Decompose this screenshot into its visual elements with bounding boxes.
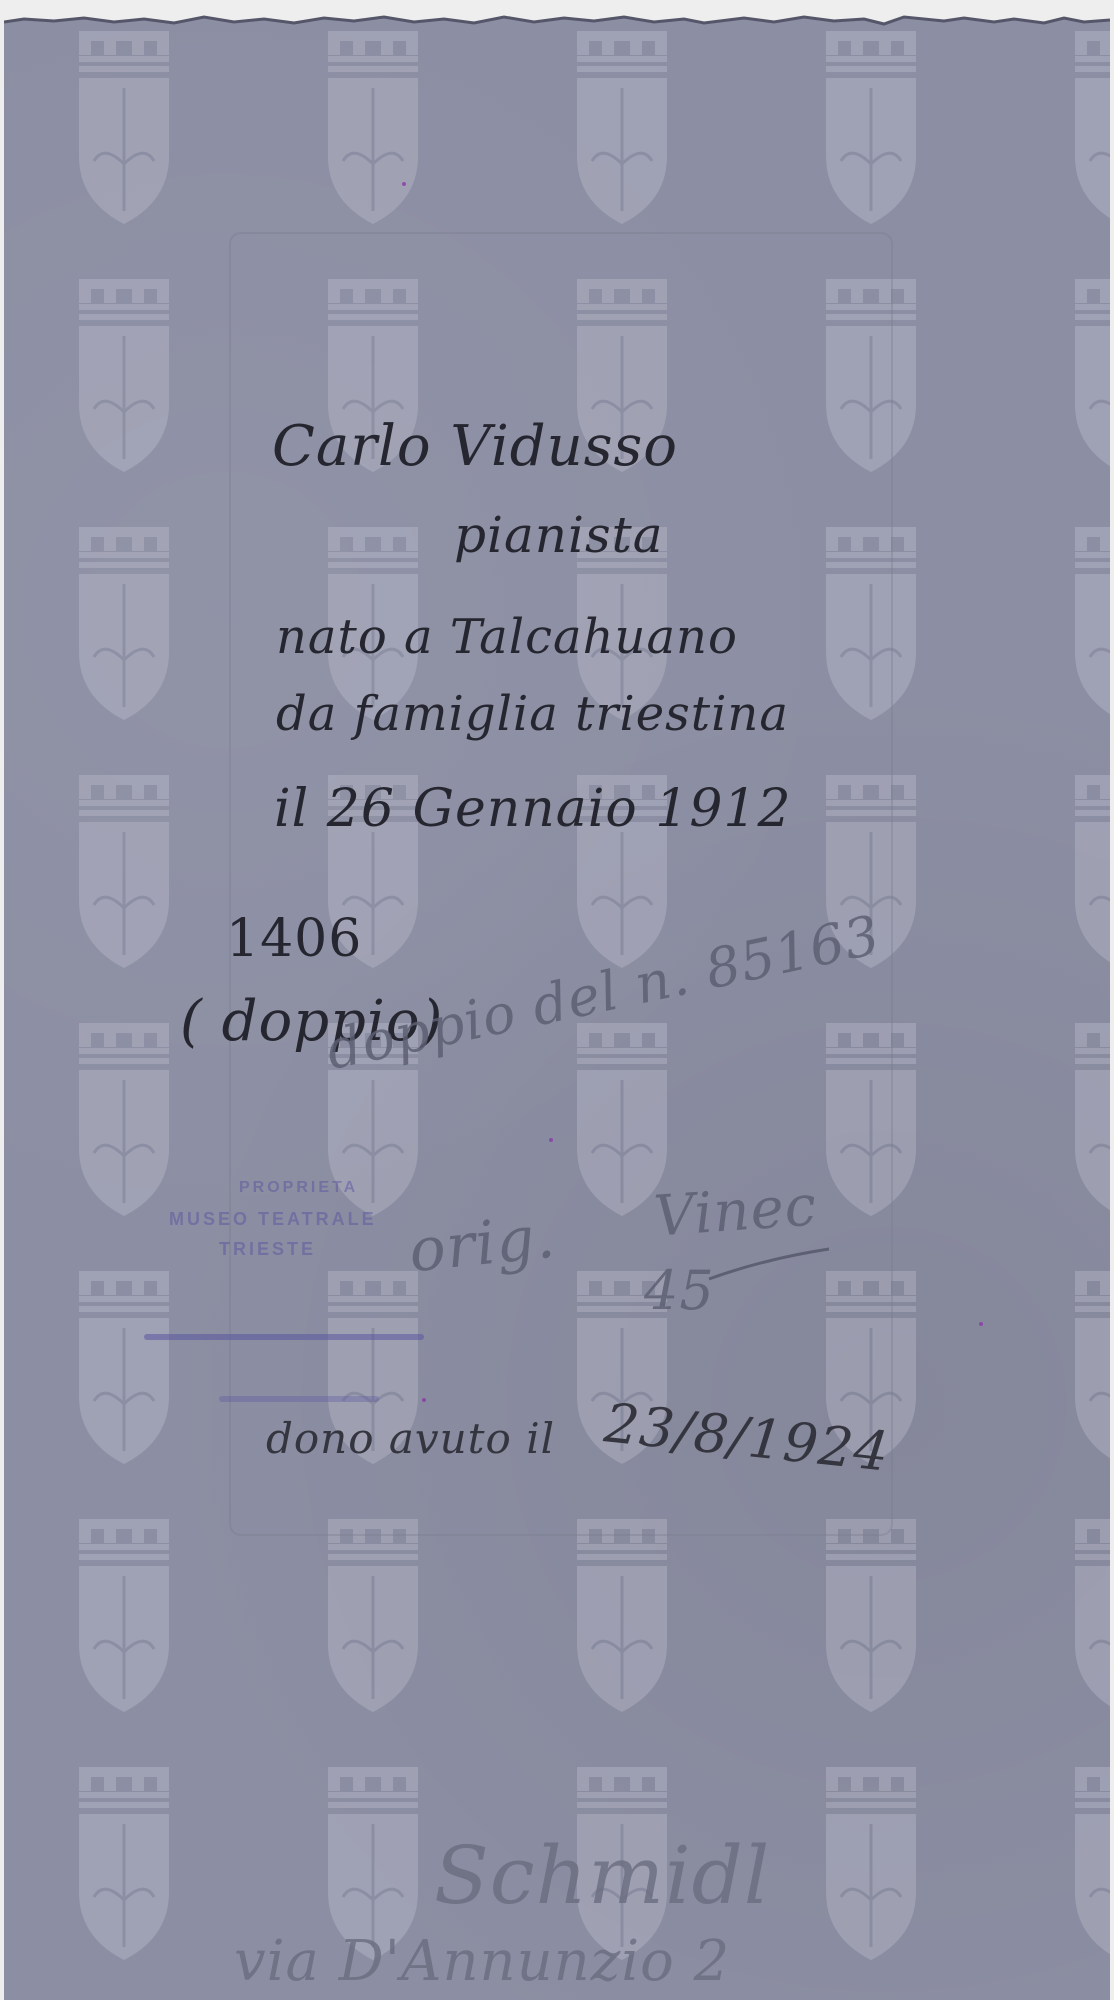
subject-name: Carlo Vidusso — [272, 414, 678, 479]
trieste-halberd-shield-icon — [821, 1514, 921, 1714]
trieste-halberd-shield-icon — [74, 770, 174, 970]
stamp-rule-1 — [144, 1334, 424, 1340]
trieste-halberd-shield-icon — [74, 522, 174, 722]
birthdate-line: il 26 Gennaio 1912 — [274, 779, 792, 839]
stamp-rule-2 — [219, 1396, 379, 1402]
trieste-halberd-shield-icon — [1070, 1266, 1110, 1466]
photo-card-back: Carlo Vidusso pianista nato a Talcahuano… — [4, 14, 1110, 2000]
trieste-halberd-shield-icon — [821, 1762, 921, 1962]
trieste-halberd-shield-icon — [74, 1762, 174, 1962]
photographer-address: via D'Annunzio 2 — [234, 1929, 730, 1994]
birthplace-line: nato a Talcahuano — [276, 609, 738, 665]
donation-text: dono avuto il — [266, 1414, 555, 1463]
subject-profession: pianista — [454, 506, 664, 564]
trieste-halberd-shield-icon — [1070, 26, 1110, 226]
trieste-halberd-shield-icon — [821, 26, 921, 226]
ink-speck — [549, 1138, 553, 1142]
photographer-signature: Schmidl — [434, 1829, 770, 1922]
trieste-halberd-shield-icon — [74, 1514, 174, 1714]
ink-speck — [402, 182, 406, 186]
trieste-halberd-shield-icon — [1070, 770, 1110, 970]
museum-ownership-stamp: PROPRIETA MUSEO TEATRALE TRIESTE — [159, 1179, 419, 1359]
stamp-line-1: PROPRIETA — [239, 1179, 358, 1197]
trieste-halberd-shield-icon — [1070, 1762, 1110, 1962]
ink-speck — [979, 1322, 983, 1326]
trieste-halberd-shield-icon — [1070, 522, 1110, 722]
trieste-halberd-shield-icon — [323, 1514, 423, 1714]
trieste-halberd-shield-icon — [74, 26, 174, 226]
stamp-line-3: TRIESTE — [219, 1239, 316, 1260]
pencil-underline — [704, 1244, 834, 1284]
stamp-line-2: MUSEO TEATRALE — [169, 1209, 377, 1230]
ink-speck — [422, 1398, 426, 1402]
catalog-number: 1406 — [226, 909, 362, 969]
scanned-document-page: Carlo Vidusso pianista nato a Talcahuano… — [0, 0, 1114, 2000]
trieste-halberd-shield-icon — [1070, 1514, 1110, 1714]
trieste-halberd-shield-icon — [74, 274, 174, 474]
trieste-halberd-shield-icon — [572, 1514, 672, 1714]
trieste-halberd-shield-icon — [1070, 1018, 1110, 1218]
trieste-halberd-shield-icon — [1070, 274, 1110, 474]
trieste-halberd-shield-icon — [323, 26, 423, 226]
family-line: da famiglia triestina — [276, 686, 789, 742]
trieste-halberd-shield-icon — [572, 26, 672, 226]
vinec-note: Vinec — [652, 1173, 819, 1249]
